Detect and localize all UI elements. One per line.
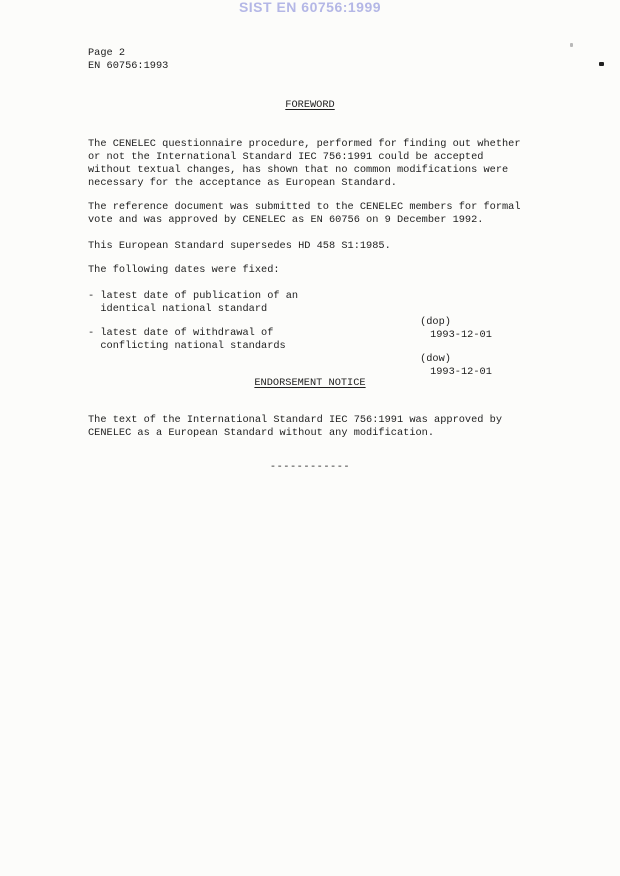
watermark-text: SIST EN 60756:1999: [0, 0, 620, 14]
endorsement-notice-title: ENDORSEMENT NOTICE: [0, 377, 620, 390]
date-item-label: - latest date of publication of an ident…: [88, 290, 298, 316]
dates-intro: The following dates were fixed:: [88, 264, 280, 277]
date-item-label: - latest date of withdrawal of conflicti…: [88, 327, 286, 353]
foreword-title: FOREWORD: [0, 99, 620, 112]
divider-dashes: ------------: [0, 461, 620, 474]
date-code: (dow): [420, 353, 451, 366]
foreword-paragraph-2: The reference document was submitted to …: [88, 201, 521, 227]
date-code: (dop): [420, 316, 451, 329]
scan-speck: [570, 43, 573, 47]
scan-speck: [599, 62, 604, 66]
foreword-paragraph-1: The CENELEC questionnaire procedure, per…: [88, 138, 521, 190]
page-header: Page 2 EN 60756:1993: [88, 47, 168, 73]
page-number-label: Page 2: [88, 47, 168, 60]
foreword-paragraph-3: This European Standard supersedes HD 458…: [88, 240, 391, 253]
document-page: SIST EN 60756:1999 Page 2 EN 60756:1993 …: [0, 0, 620, 876]
endorsement-paragraph: The text of the International Standard I…: [88, 414, 502, 440]
standard-reference: EN 60756:1993: [88, 60, 168, 73]
date-item-dow: - latest date of withdrawal of conflicti…: [88, 327, 286, 353]
date-item-dop: - latest date of publication of an ident…: [88, 290, 298, 316]
